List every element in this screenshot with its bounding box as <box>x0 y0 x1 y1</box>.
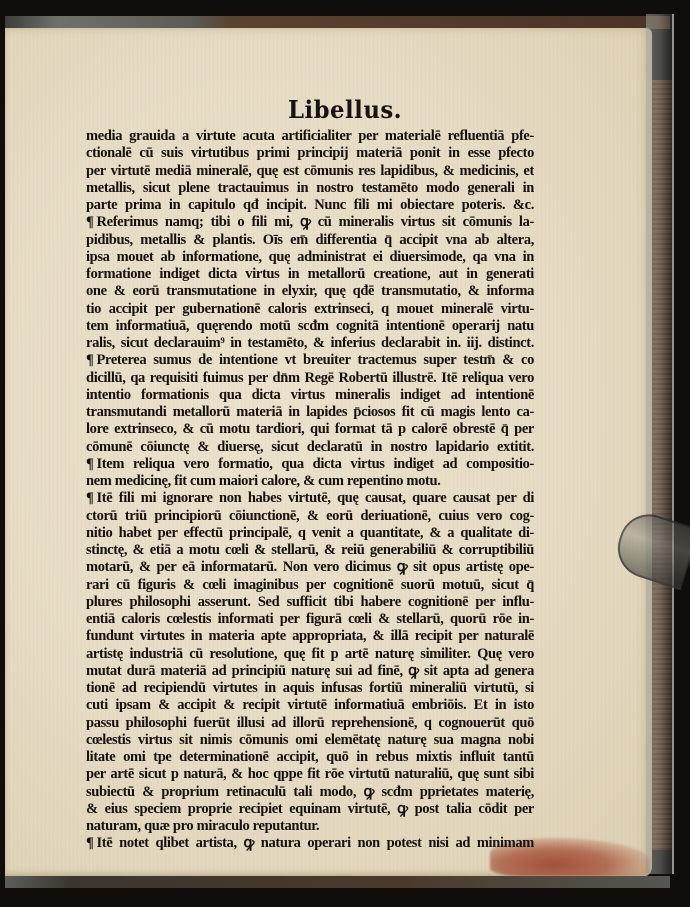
text-line: cōmunē cōiunctę & diuersę, sicut declara… <box>86 439 534 456</box>
text-line-content: motarū, & per eā informatarū. Non vero d… <box>86 559 534 575</box>
text-line: media grauida a virtute acuta artificial… <box>86 128 534 145</box>
text-line: pidibus, metallis & plantis. Oīs em̄ dif… <box>86 232 534 249</box>
text-line: ¶Itē notet qlibet artista, ꝙ natura oper… <box>86 835 534 852</box>
bottom-binding-edge <box>5 876 670 888</box>
text-line: tio accipit per gubernationē caloris ext… <box>86 301 534 318</box>
text-line-content: Itē fili mi ignorare non habes virtutē, … <box>96 490 534 506</box>
text-line: lore extrinseco, & cū motu tardiori, qui… <box>86 421 534 438</box>
glass-plate-edge <box>646 14 674 874</box>
text-line-content: passu philosophi fuerūt illusi ad illorū… <box>86 715 534 731</box>
text-line-content: metallis, sicut plene tractauimus in nos… <box>86 180 534 196</box>
text-line-content: rari cū figuris & cœli imaginibus per co… <box>86 577 534 593</box>
text-line-content: parte prima in capitulo qđ incipit. Nunc… <box>86 197 534 213</box>
text-line: one & eorū transmutatione in elyxir, quę… <box>86 283 534 300</box>
text-line-content: litate omi tpe determinationē accipit, q… <box>86 749 534 765</box>
paragraph-mark-icon: ¶ <box>86 352 93 369</box>
text-line: & eius speciem proprie recipiet equinam … <box>86 801 534 818</box>
text-line-content: mutat durā materiā ad principiū naturę s… <box>86 663 534 679</box>
text-line-content: Itē notet qlibet artista, ꝙ natura opera… <box>96 835 534 851</box>
text-line-content: & eius speciem proprie recipiet equinam … <box>86 801 534 817</box>
text-line-content: entiā caloris cœlestis informati per fig… <box>86 611 534 627</box>
text-line: cœlestis virtus sit nimis cōmunis omi el… <box>86 732 534 749</box>
text-line: transmutandi metallorū materiā in lapide… <box>86 404 534 421</box>
text-line: litate omi tpe determinationē accipit, q… <box>86 749 534 766</box>
text-line-content: plures philosophi asserunt. Sed sufficit… <box>86 594 534 610</box>
text-line-content: transmutandi metallorū materiā in lapide… <box>86 404 534 420</box>
text-line: nitio habet per effectū principalē, q ve… <box>86 525 534 542</box>
text-line-content: ctorū triū principiorū cōiunctionē, & eo… <box>86 508 534 524</box>
text-line-content: cōmunē cōiunctę & diuersę, sicut declara… <box>86 439 534 455</box>
text-line: mutat durā materiā ad principiū naturę s… <box>86 663 534 680</box>
text-line: tem informatiuā, quęrendo motū scđm cogn… <box>86 318 534 335</box>
text-line-content: per virtutē mediā mineralē, quę est cōmu… <box>86 163 534 179</box>
text-line: ¶Preterea sumus de intentione vt breuite… <box>86 352 534 369</box>
text-line: fundunt virtutes in materia apte appropr… <box>86 628 534 645</box>
text-line: cuti ipsam & accipit & recipit virtutē i… <box>86 697 534 714</box>
text-line-content: dicillū, qa requisiti fuimus per dn̄m Re… <box>86 370 534 386</box>
text-line-content: cœlestis virtus sit nimis cōmunis omi el… <box>86 732 534 748</box>
paragraph-mark-icon: ¶ <box>86 214 93 231</box>
text-line-content: one & eorū transmutatione in elyxir, quę… <box>86 283 534 299</box>
text-line: entiā caloris cœlestis informati per fig… <box>86 611 534 628</box>
text-line: passu philosophi fuerūt illusi ad illorū… <box>86 715 534 732</box>
text-line-content: cuti ipsam & accipit & recipit virtutē i… <box>86 697 534 713</box>
text-line-content: subiectū & proprium retinaculū tali modo… <box>86 784 534 800</box>
text-line: parte prima in capitulo qđ incipit. Nunc… <box>86 197 534 214</box>
text-line: intentio formationis qua dicta virtus mi… <box>86 387 534 404</box>
text-block: media grauida a virtute acuta artificial… <box>86 128 534 853</box>
text-line: ctorū triū principiorū cōiunctionē, & eo… <box>86 508 534 525</box>
text-line-content: naturam, quæ pro miraculo reputantur. <box>86 818 319 834</box>
text-line-content: intentio formationis qua dicta virtus mi… <box>86 387 534 403</box>
text-line-content: media grauida a virtute acuta artificial… <box>86 128 534 144</box>
text-line: artistę industriā cū resolutione, quę fi… <box>86 646 534 663</box>
text-line: nem medicinę, fit cum maiori calore, & c… <box>86 473 534 490</box>
text-line: ctionalē cū suis virtutibus primi princi… <box>86 145 534 162</box>
text-line: dicillū, qa requisiti fuimus per dn̄m Re… <box>86 370 534 387</box>
paragraph-mark-icon: ¶ <box>86 835 93 852</box>
text-line-content: artistę industriā cū resolutione, quę fi… <box>86 646 534 662</box>
text-line-content: tem informatiuā, quęrendo motū scđm cogn… <box>86 318 534 334</box>
text-line: tionē ad recipiendū virtutes in aquis in… <box>86 680 534 697</box>
paragraph-mark-icon: ¶ <box>86 456 93 473</box>
text-line-content: stinctę, & etiā a motu cœli & stellarū, … <box>86 542 534 558</box>
text-line: ralis, sicut declarauim⁹ in testamēto, &… <box>86 335 534 352</box>
paragraph-mark-icon: ¶ <box>86 490 93 507</box>
text-line: ipsa mouet ab informatione, quę administ… <box>86 249 534 266</box>
text-line: formatione indiget dicta virtus in metal… <box>86 266 534 283</box>
text-line-content: nitio habet per effectū principalē, q ve… <box>86 525 534 541</box>
text-line: ¶Itē fili mi ignorare non habes virtutē,… <box>86 490 534 507</box>
text-line: naturam, quæ pro miraculo reputantur. <box>86 818 534 835</box>
text-line: subiectū & proprium retinaculū tali modo… <box>86 784 534 801</box>
text-line-content: formatione indiget dicta virtus in metal… <box>86 266 534 282</box>
text-line: plures philosophi asserunt. Sed sufficit… <box>86 594 534 611</box>
text-line: stinctę, & etiā a motu cœli & stellarū, … <box>86 542 534 559</box>
text-line-content: tio accipit per gubernationē caloris ext… <box>86 301 534 317</box>
text-line-content: per artē sicut p naturā, & hoc qppe fit … <box>86 766 534 782</box>
text-line-content: tionē ad recipiendū virtutes in aquis in… <box>86 680 534 696</box>
text-line-content: Item reliqua vero formatio, qua dicta vi… <box>96 456 534 472</box>
text-line: per artē sicut p naturā, & hoc qppe fit … <box>86 766 534 783</box>
text-line-content: lore extrinseco, & cū motu tardiori, qui… <box>86 421 534 437</box>
text-line-content: Referimus namq; tibi o fili mi, ꝙ cū min… <box>96 214 534 230</box>
scan-scene: Libellus. media grauida a virtute acuta … <box>0 0 690 907</box>
text-line-content: ralis, sicut declarauim⁹ in testamēto, &… <box>86 335 534 351</box>
text-line-content: pidibus, metallis & plantis. Oīs em̄ dif… <box>86 232 534 248</box>
text-line-content: ipsa mouet ab informatione, quę administ… <box>86 249 534 265</box>
text-line: ¶Item reliqua vero formatio, qua dicta v… <box>86 456 534 473</box>
text-line-content: Preterea sumus de intentione vt breuiter… <box>96 352 534 368</box>
text-line: ¶Referimus namq; tibi o fili mi, ꝙ cū mi… <box>86 214 534 231</box>
text-line: per virtutē mediā mineralē, quę est cōmu… <box>86 163 534 180</box>
text-line: rari cū figuris & cœli imaginibus per co… <box>86 577 534 594</box>
text-line-content: fundunt virtutes in materia apte appropr… <box>86 628 534 644</box>
text-line-content: nem medicinę, fit cum maiori calore, & c… <box>86 473 441 489</box>
text-line: motarū, & per eā informatarū. Non vero d… <box>86 559 534 576</box>
text-line-content: ctionalē cū suis virtutibus primi princi… <box>86 145 534 161</box>
text-line: metallis, sicut plene tractauimus in nos… <box>86 180 534 197</box>
